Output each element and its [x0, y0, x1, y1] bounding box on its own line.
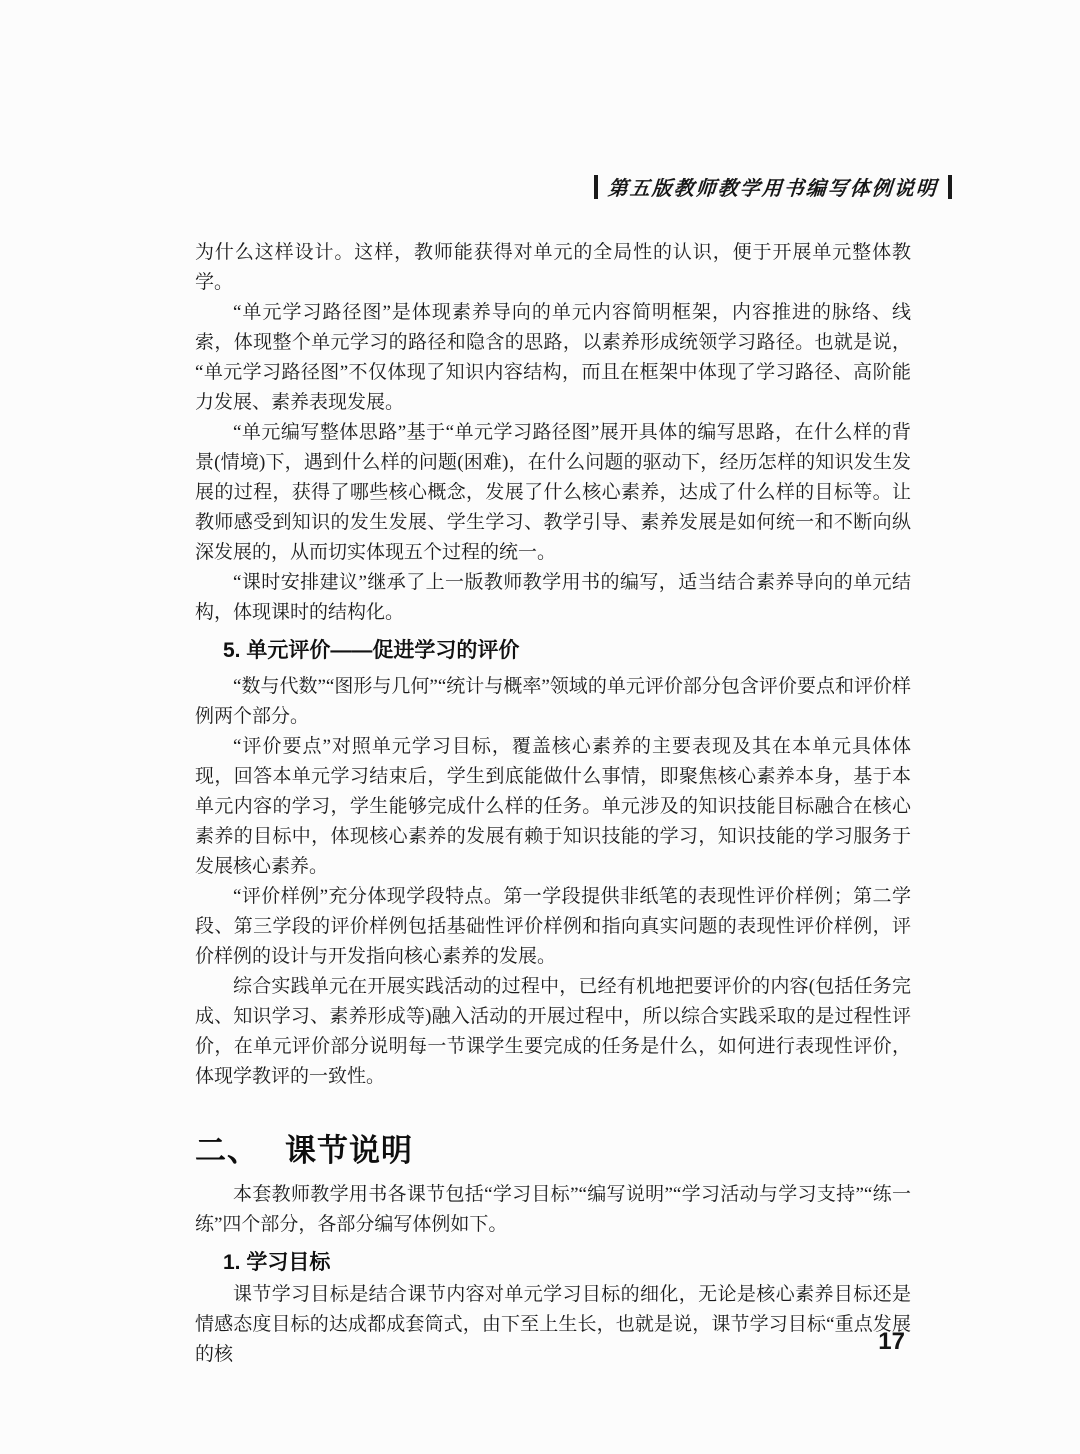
paragraph: 为什么这样设计。这样，教师能获得对单元的全局性的认识，便于开展单元整体教学。 [195, 238, 911, 298]
subsection-heading-unit-evaluation: 5. 单元评价——促进学习的评价 [195, 636, 911, 666]
section-number: 二、 [195, 1133, 259, 1168]
header-rule-left [594, 175, 598, 199]
text-column: 为什么这样设计。这样，教师能获得对单元的全局性的认识，便于开展单元整体教学。 “… [195, 238, 911, 1370]
running-header-title: 第五版教师教学用书编写体例说明 [607, 172, 939, 201]
subsection-heading-learning-goals: 1. 学习目标 [195, 1248, 911, 1278]
header-rule-right [948, 175, 952, 199]
paragraph: “单元编写整体思路”基于“单元学习路径图”展开具体的编写思路，在什么样的背景(情… [195, 418, 911, 568]
book-page: 第五版教师教学用书编写体例说明 为什么这样设计。这样，教师能获得对单元的全局性的… [0, 0, 1080, 1454]
paragraph: 本套教师教学用书各课节包括“学习目标”“编写说明”“学习活动与学习支持”“练一练… [195, 1180, 911, 1240]
paragraph: 综合实践单元在开展实践活动的过程中，已经有机地把要评价的内容(包括任务完成、知识… [195, 972, 911, 1092]
paragraph: “数与代数”“图形与几何”“统计与概率”领域的单元评价部分包含评价要点和评价样例… [195, 672, 911, 732]
paragraph: “课时安排建议”继承了上一版教师教学用书的编写，适当结合素养导向的单元结构，体现… [195, 568, 911, 628]
section-title: 课节说明 [285, 1133, 413, 1168]
running-header: 第五版教师教学用书编写体例说明 [594, 172, 952, 201]
section-heading-lesson-notes: 二、课节说明 [195, 1132, 911, 1170]
page-number: 17 [195, 1328, 905, 1356]
paragraph: “单元学习路径图”是体现素养导向的单元内容简明框架，内容推进的脉络、线索，体现整… [195, 298, 911, 418]
paragraph: “评价要点”对照单元学习目标，覆盖核心素养的主要表现及其在本单元具体体现，回答本… [195, 732, 911, 882]
paragraph: 课节学习目标是结合课节内容对单元学习目标的细化，无论是核心素养目标还是情感态度目… [195, 1280, 911, 1370]
paragraph: “评价样例”充分体现学段特点。第一学段提供非纸笔的表现性评价样例；第二学段、第三… [195, 882, 911, 972]
